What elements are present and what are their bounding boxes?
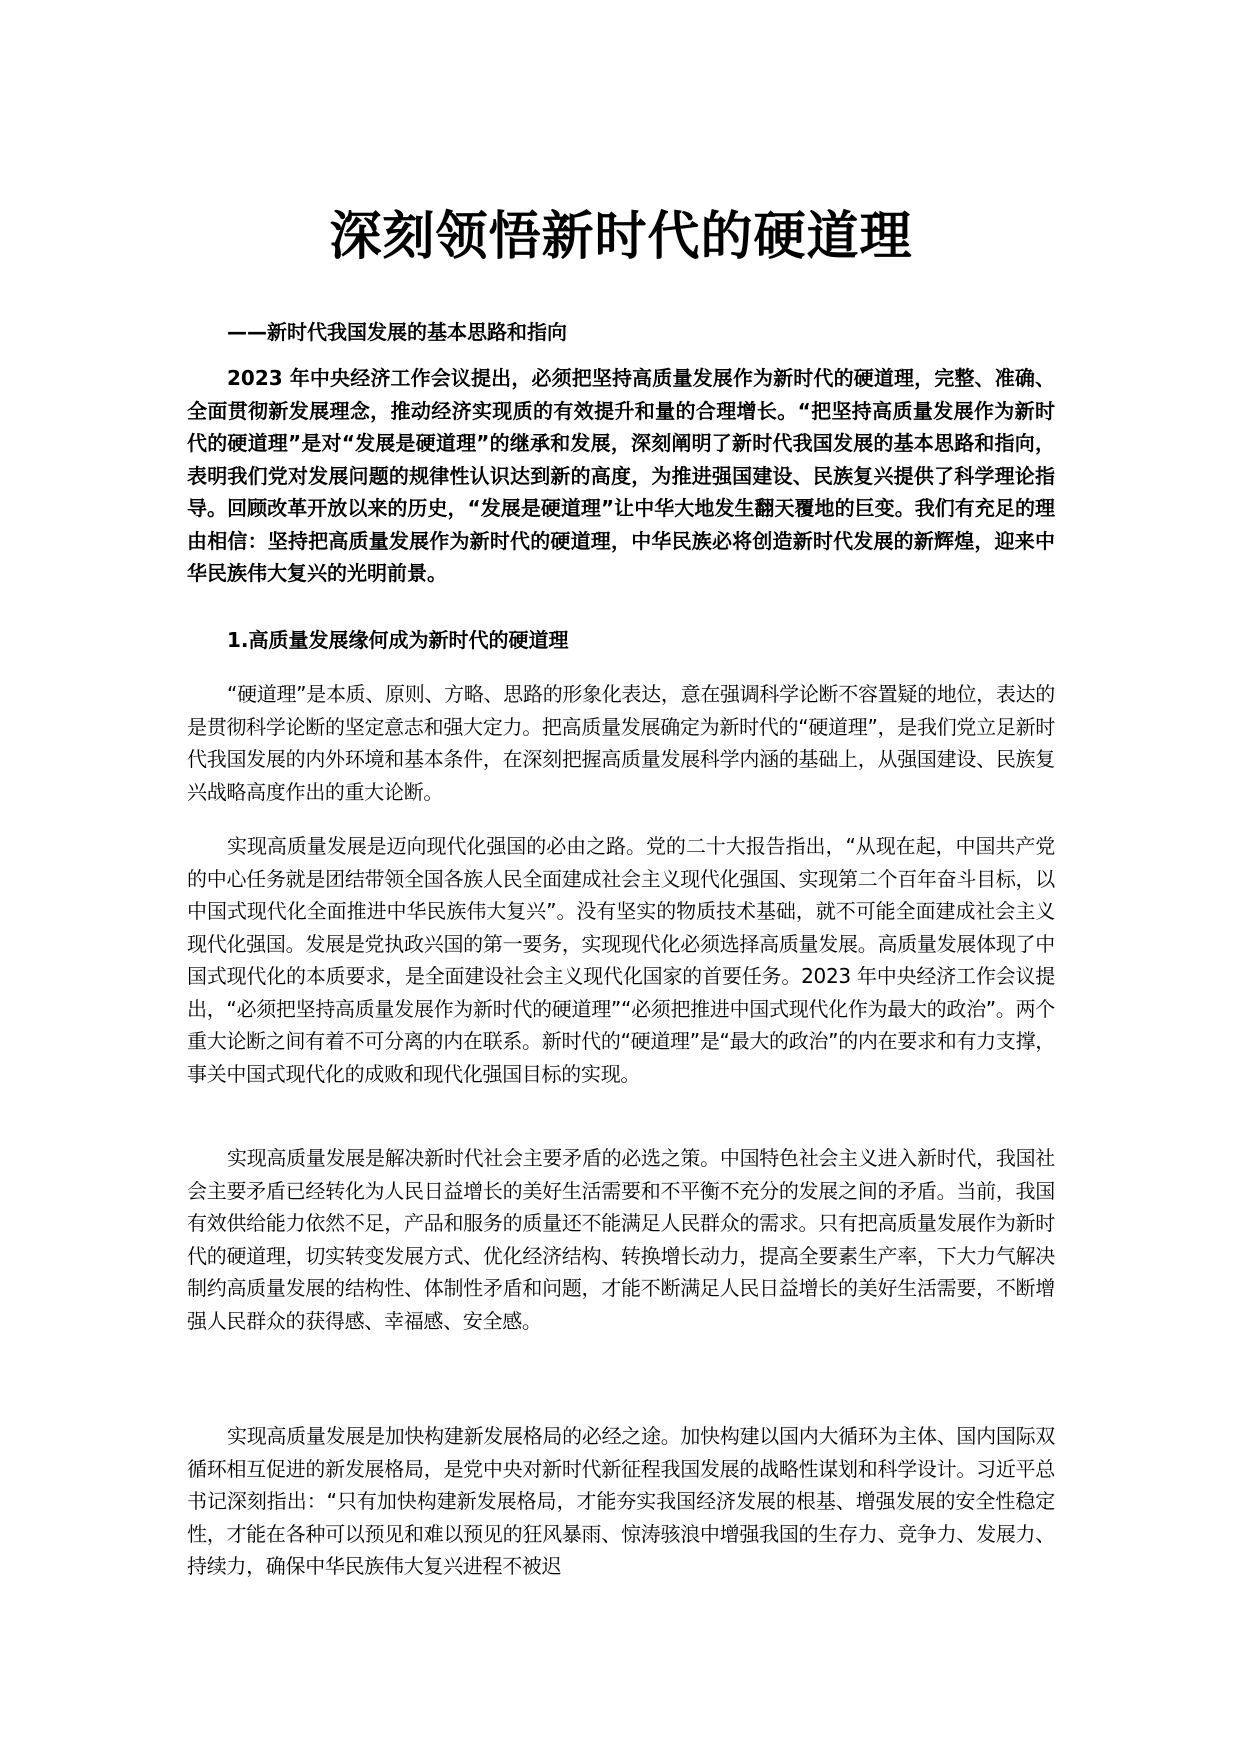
body-paragraph: 实现高质量发展是迈向现代化强国的必由之路。党的二十大报告指出，“从现在起，中国共… [187,830,1055,1090]
intro-paragraph: 2023 年中央经济工作会议提出，必须把坚持高质量发展作为新时代的硬道理，完整、… [187,362,1055,590]
section-heading: 1.高质量发展缘何成为新时代的硬道理 [227,626,569,654]
document-title: 深刻领悟新时代的硬道理 [187,207,1055,267]
document-subtitle: ——新时代我国发展的基本思路和指向 [227,318,567,346]
body-paragraph: 实现高质量发展是解决新时代社会主要矛盾的必选之策。中国特色社会主义进入新时代，我… [187,1142,1055,1337]
body-paragraph: “硬道理”是本质、原则、方略、思路的形象化表达，意在强调科学论断不容置疑的地位，… [187,678,1055,808]
body-paragraph: 实现高质量发展是加快构建新发展格局的必经之途。加快构建以国内大循环为主体、国内国… [187,1420,1055,1583]
